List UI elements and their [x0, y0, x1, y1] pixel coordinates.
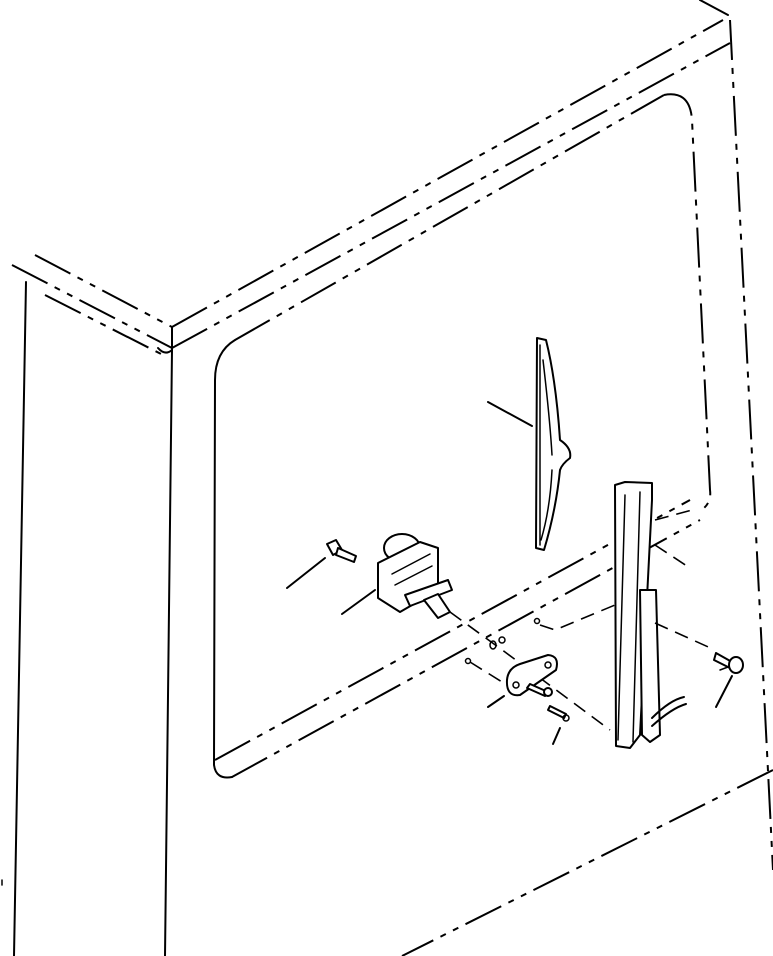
- explode-line-4: [655, 623, 715, 650]
- callout-leader-blade: [488, 402, 532, 426]
- explode-line-3: [540, 605, 615, 630]
- arm-nut-cap: [714, 653, 743, 673]
- explode-line-6: [655, 545, 690, 568]
- wiper-arm: [615, 482, 686, 748]
- motor-bolt: [327, 540, 356, 562]
- mounting-bracket: [507, 655, 557, 696]
- wiper-blade: [536, 338, 570, 550]
- cab-body: [12, 0, 773, 956]
- callout-leader-screw: [553, 728, 560, 744]
- callout-leader-cap: [716, 676, 732, 707]
- callout-leader-bracket: [488, 696, 504, 707]
- screw: [548, 706, 569, 721]
- wiper-motor: [378, 534, 452, 618]
- callout-leader-motor: [342, 590, 375, 614]
- exploded-view-drawing: [0, 0, 773, 956]
- callout-leader-bolt: [287, 558, 325, 588]
- washers: [466, 619, 540, 664]
